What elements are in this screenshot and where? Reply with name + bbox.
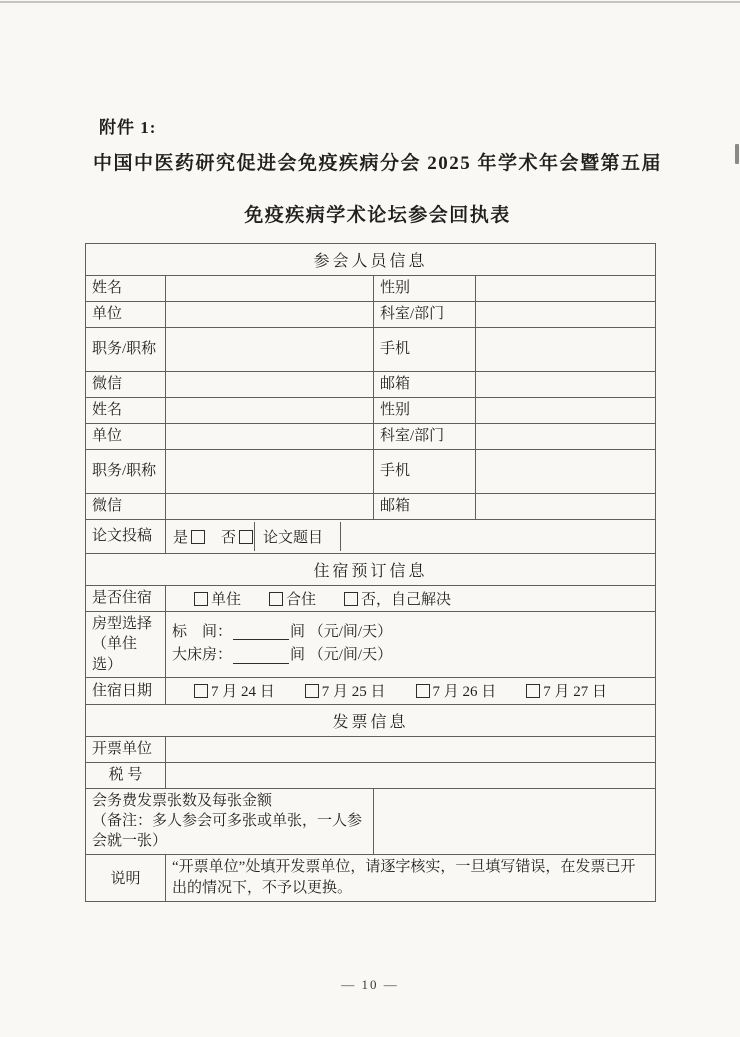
field-label-tax-number: 税 号	[86, 762, 166, 788]
field-label-email-1: 邮箱	[374, 372, 476, 398]
stay-option-single: 单住	[194, 588, 241, 609]
section-row-invoice: 发票信息	[86, 704, 656, 736]
checkbox-icon	[416, 684, 430, 698]
field-label-stay-date: 住宿日期	[86, 677, 166, 704]
paper-option-no: 否	[221, 526, 253, 547]
field-value-wechat-1	[166, 372, 374, 398]
field-label-unit-2: 单位	[86, 424, 166, 450]
table-row: 单位 科室/部门	[86, 424, 656, 450]
room-standard-prefix: 标 间：	[172, 621, 232, 644]
field-label-mobile-2: 手机	[374, 450, 476, 494]
attachment-label: 附件 1:	[99, 113, 156, 138]
field-value-email-2	[476, 494, 656, 520]
invoice-fee-row: 会务费发票张数及每张金额 （备注：多人参会可多张或单张，一人参会就一张）	[86, 788, 656, 854]
field-label-invoice-fee: 会务费发票张数及每张金额 （备注：多人参会可多张或单张，一人参会就一张）	[86, 788, 374, 854]
field-label-room-type: 房型选择 （单住选）	[86, 612, 166, 678]
field-value-tax-number	[166, 762, 656, 788]
paper-option-no-label: 否	[221, 526, 236, 547]
field-label-wechat-1: 微信	[86, 372, 166, 398]
section-header-participants: 参会人员信息	[86, 244, 656, 276]
table-row: 微信 邮箱	[86, 494, 656, 520]
field-label-mobile-1: 手机	[374, 328, 476, 372]
field-label-invoice-unit: 开票单位	[86, 736, 166, 762]
field-label-paper-submission: 论文投稿	[86, 520, 166, 554]
date-option-jul25: 7 月 25 日	[305, 680, 386, 701]
field-label-title-2: 职务/职称	[86, 450, 166, 494]
field-value-name-2	[166, 398, 374, 424]
field-label-gender-2: 性别	[374, 398, 476, 424]
section-row-participants: 参会人员信息	[86, 244, 656, 276]
field-label-email-2: 邮箱	[374, 494, 476, 520]
checkbox-icon	[344, 592, 358, 606]
date-option-jul27-label: 7 月 27 日	[543, 680, 607, 701]
field-value-mobile-2	[476, 450, 656, 494]
field-label-gender-1: 性别	[374, 276, 476, 302]
field-value-unit-1	[166, 302, 374, 328]
field-value-wechat-2	[166, 494, 374, 520]
field-value-gender-1	[476, 276, 656, 302]
room-king-prefix: 大床房：	[172, 644, 232, 667]
table-row: 姓名 性别	[86, 276, 656, 302]
field-value-title-2	[166, 450, 374, 494]
instruction-text: “开票单位”处填开发票单位，请逐字核实，一旦填写错误，在发票已开出的情况下，不予…	[166, 854, 656, 901]
stay-option-no: 否，自己解决	[344, 588, 451, 609]
paper-option-yes: 是	[173, 526, 205, 547]
checkbox-icon	[305, 684, 319, 698]
table-row: 姓名 性别	[86, 398, 656, 424]
fill-blank-line	[233, 625, 289, 640]
stay-option-shared-label: 合住	[286, 588, 316, 609]
checkbox-icon	[239, 530, 253, 544]
room-type-cell: 标 间： 间 （元/间/天） 大床房： 间 （元/间/天）	[166, 612, 656, 678]
room-line-king: 大床房： 间 （元/间/天）	[172, 644, 649, 667]
date-option-jul27: 7 月 27 日	[526, 680, 607, 701]
field-value-title-1	[166, 328, 374, 372]
invoice-unit-row: 开票单位	[86, 736, 656, 762]
field-value-email-1	[476, 372, 656, 398]
instruction-row: 说明 “开票单位”处填开发票单位，请逐字核实，一旦填写错误，在发票已开出的情况下…	[86, 854, 656, 901]
field-label-paper-title: 论文题目	[255, 522, 341, 551]
table-row: 职务/职称 手机	[86, 328, 656, 372]
field-value-department-1	[476, 302, 656, 328]
room-type-label-line2: （单住选）	[92, 634, 159, 675]
paper-submission-cells: 是 否 论文题目	[166, 520, 656, 554]
checkbox-icon	[526, 684, 540, 698]
scan-edge-mark	[735, 144, 739, 164]
checkbox-icon	[191, 530, 205, 544]
field-label-title-1: 职务/职称	[86, 328, 166, 372]
field-label-department-1: 科室/部门	[374, 302, 476, 328]
stay-date-row: 住宿日期 7 月 24 日 7 月 25 日 7 月 26 日	[86, 677, 656, 704]
checkbox-icon	[194, 684, 208, 698]
field-label-instruction: 说明	[86, 854, 166, 901]
form-title-line2: 免疫疾病学术论坛参会回执表	[85, 200, 670, 227]
field-value-unit-2	[166, 424, 374, 450]
field-value-paper-title	[341, 522, 649, 551]
field-label-name-2: 姓名	[86, 398, 166, 424]
table-row: 微信 邮箱	[86, 372, 656, 398]
date-option-jul26-label: 7 月 26 日	[433, 680, 497, 701]
field-value-name-1	[166, 276, 374, 302]
field-label-wechat-2: 微信	[86, 494, 166, 520]
tax-number-row: 税 号	[86, 762, 656, 788]
section-row-lodging: 住宿预订信息	[86, 554, 656, 586]
date-option-jul26: 7 月 26 日	[416, 680, 497, 701]
section-header-invoice: 发票信息	[86, 704, 656, 736]
table-row: 职务/职称 手机	[86, 450, 656, 494]
paper-option-yes-label: 是	[173, 526, 188, 547]
stay-option-shared: 合住	[269, 588, 316, 609]
field-value-invoice-fee	[374, 788, 656, 854]
fill-blank-line	[233, 649, 289, 664]
stay-row: 是否住宿 单住 合住 否，自己解决	[86, 586, 656, 612]
field-value-mobile-1	[476, 328, 656, 372]
page-number: — 10 —	[0, 977, 740, 993]
field-value-gender-2	[476, 398, 656, 424]
stay-option-no-label: 否，自己解决	[361, 588, 451, 609]
stay-option-single-label: 单住	[211, 588, 241, 609]
form-title: 中国中医药研究促进会免疫疾病分会 2025 年学术年会暨第五届 免疫疾病学术论坛…	[85, 148, 670, 227]
field-label-department-2: 科室/部门	[374, 424, 476, 450]
room-standard-suffix: 间 （元/间/天）	[290, 621, 392, 644]
date-option-jul24-label: 7 月 24 日	[211, 680, 275, 701]
section-header-lodging: 住宿预订信息	[86, 554, 656, 586]
form-title-line1: 中国中医药研究促进会免疫疾病分会 2025 年学术年会暨第五届	[85, 148, 670, 175]
stay-options-cell: 单住 合住 否，自己解决	[166, 586, 656, 612]
room-king-suffix: 间 （元/间/天）	[290, 644, 392, 667]
date-option-jul24: 7 月 24 日	[194, 680, 275, 701]
scan-edge-artifact	[0, 1, 740, 3]
field-label-name-1: 姓名	[86, 276, 166, 302]
date-option-jul25-label: 7 月 25 日	[322, 680, 386, 701]
field-label-unit-1: 单位	[86, 302, 166, 328]
room-type-row: 房型选择 （单住选） 标 间： 间 （元/间/天） 大床房： 间 （元/间/天）	[86, 612, 656, 678]
stay-date-options-cell: 7 月 24 日 7 月 25 日 7 月 26 日 7 月 27 日	[166, 677, 656, 704]
paper-yes-no-options: 是 否	[172, 522, 255, 551]
invoice-fee-note-text: （备注：多人参会可多张或单张，一人参会就一张）	[92, 811, 367, 852]
paper-submission-row: 论文投稿 是 否 论文题目	[86, 520, 656, 554]
table-row: 单位 科室/部门	[86, 302, 656, 328]
field-label-stay: 是否住宿	[86, 586, 166, 612]
registration-form-table: 参会人员信息 姓名 性别 单位 科室/部门 职务/职称 手机 微信 邮箱 姓名	[85, 243, 656, 902]
invoice-fee-label-text: 会务费发票张数及每张金额	[92, 791, 367, 811]
room-type-label-line1: 房型选择	[92, 614, 159, 634]
checkbox-icon	[194, 592, 208, 606]
checkbox-icon	[269, 592, 283, 606]
room-line-standard: 标 间： 间 （元/间/天）	[172, 621, 649, 644]
scanned-document-page: 附件 1: 中国中医药研究促进会免疫疾病分会 2025 年学术年会暨第五届 免疫…	[0, 0, 740, 1037]
field-value-invoice-unit	[166, 736, 656, 762]
field-value-department-2	[476, 424, 656, 450]
